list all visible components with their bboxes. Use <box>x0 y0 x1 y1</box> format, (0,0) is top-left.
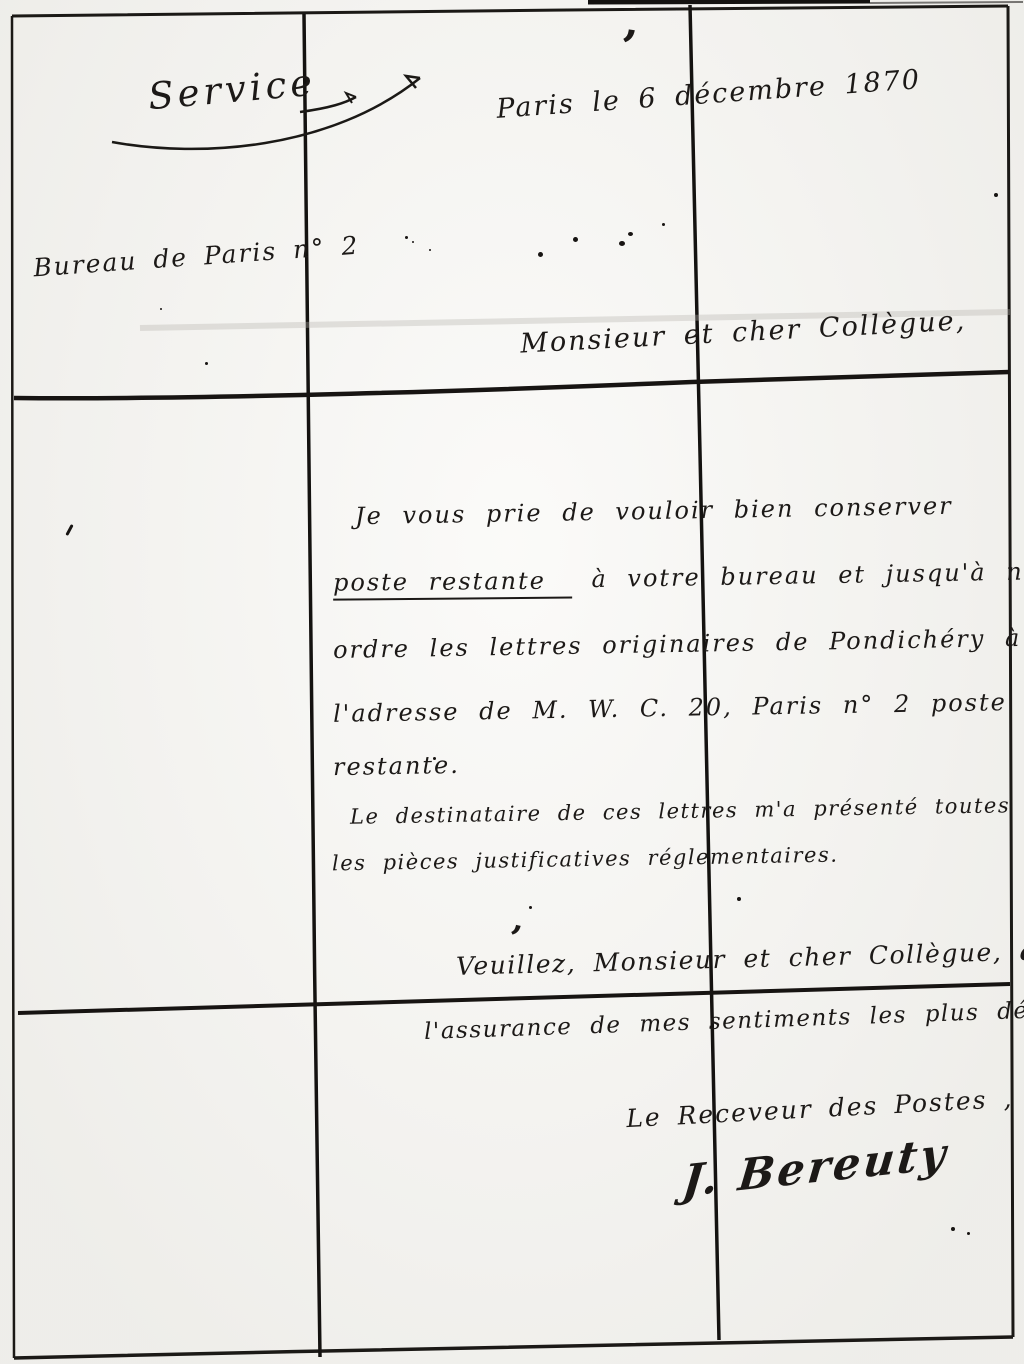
scan-edge-artifact-faint <box>870 2 1023 3</box>
closing-emphasis-word: agréer <box>1019 934 1024 966</box>
ink-speck <box>433 757 436 760</box>
vertical-rule-2 <box>690 5 719 1340</box>
ink-speck <box>538 252 543 257</box>
ink-speck <box>662 223 665 226</box>
ink-speck <box>628 232 633 236</box>
ink-speck <box>405 236 408 239</box>
scan-edge-artifact <box>588 1 870 2</box>
ink-speck <box>205 362 208 365</box>
border-right <box>1008 6 1013 1337</box>
ink-speck <box>737 897 741 901</box>
border-left <box>12 16 14 1358</box>
ink-speck <box>429 249 431 251</box>
ink-speck <box>967 1232 970 1235</box>
ink-speck <box>994 193 998 197</box>
ink-speck <box>619 241 625 246</box>
ink-speck <box>529 906 532 909</box>
poste-restante-underlined: poste restante <box>333 568 572 601</box>
ink-speck <box>412 241 414 243</box>
border-bottom <box>14 1337 1013 1358</box>
horizontal-rule-1 <box>14 372 1009 398</box>
ink-speck <box>160 308 162 310</box>
body-line-5: restante. <box>333 752 460 781</box>
scanned-letter-page: Service ’ Paris le 6 décembre 1870 Burea… <box>0 0 1024 1364</box>
border-top <box>12 6 1008 16</box>
vertical-rule-1 <box>304 14 320 1357</box>
ink-speck <box>573 237 578 242</box>
ink-speck <box>951 1227 955 1231</box>
